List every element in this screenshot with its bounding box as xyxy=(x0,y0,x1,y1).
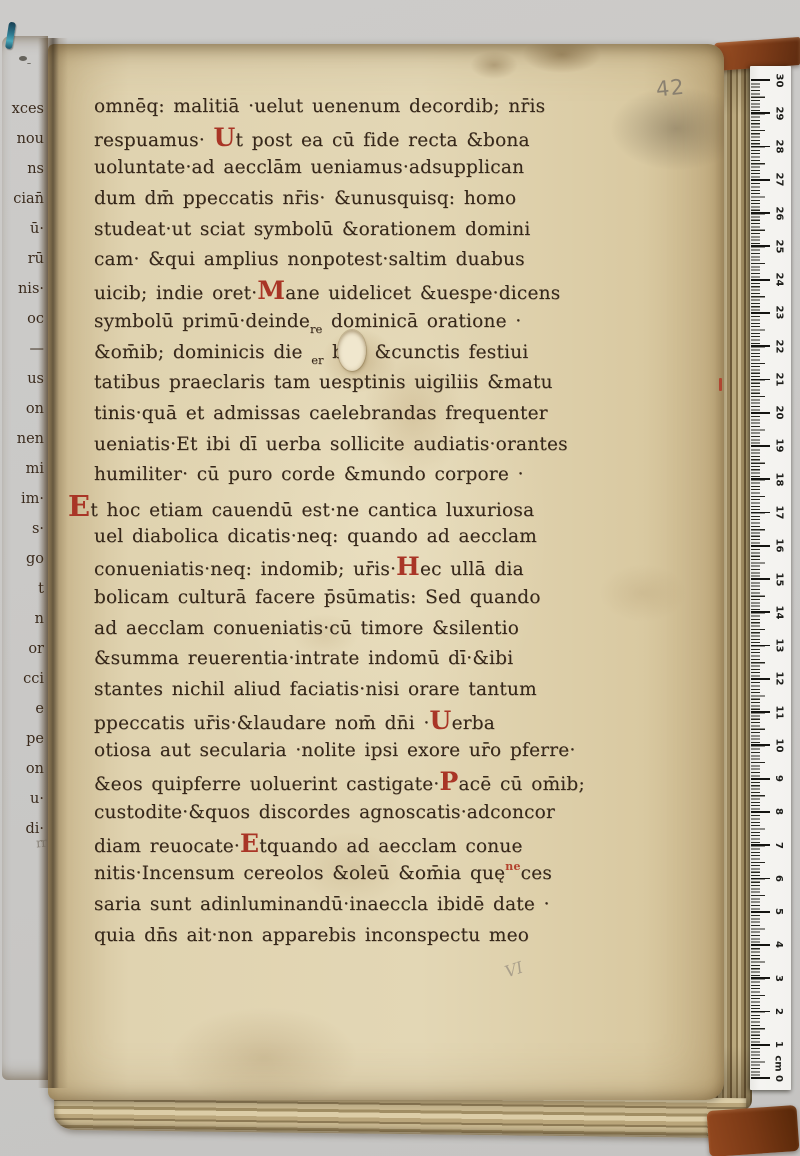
ruler-tick xyxy=(751,212,770,214)
text-segment: ec ullā dia xyxy=(420,559,524,580)
ruler-tick xyxy=(751,379,770,381)
text-segment: &summa reuerentia·intrate indomū dī·&ibi xyxy=(94,648,513,669)
text-segment: dum dm̄ ppeccatis nr̄is· &unusquisq: hom… xyxy=(94,188,516,209)
facing-page-text-fragment: nen xyxy=(2,424,44,454)
text-segment: tinis·quā et admissas caelebrandas frequ… xyxy=(94,403,548,424)
ruler-number-text: 17 xyxy=(773,506,784,520)
ruler-number-text: 16 xyxy=(773,539,784,553)
text-segment: symbolū primū·deinde xyxy=(94,311,310,332)
facing-page-text-fragment: nis· xyxy=(2,274,44,304)
text-line: tinis·quā et admissas caelebrandas frequ… xyxy=(94,399,640,430)
ruler-number-text: 14 xyxy=(773,605,784,619)
facing-page-text-fragment: t xyxy=(2,574,44,604)
ruler-tick xyxy=(751,445,770,447)
ruler-number-text: 9 xyxy=(773,775,784,782)
facing-page-text-column: xcesnounscian̄ū·rūnis·oc—usonnenmiim·s·g… xyxy=(2,94,44,844)
text-segment: diam reuocate· xyxy=(94,836,240,857)
red-initial: U xyxy=(430,706,452,735)
ruler-tick xyxy=(751,1011,770,1013)
ruler-number-text: 30 xyxy=(773,73,784,87)
text-line: diam reuocate·Etquando ad aecclam conue xyxy=(94,829,640,860)
ruler-tick xyxy=(751,645,770,647)
ruler-tick xyxy=(751,179,770,181)
ruler-number: 12 xyxy=(771,672,786,686)
ruler-tick xyxy=(751,412,770,414)
ruler-tick xyxy=(751,711,770,713)
folio-number: 42 xyxy=(655,75,686,102)
text-line: bolicam culturā facere p̄sūmatis: Sed qu… xyxy=(94,583,640,614)
text-segment: omnēq: malitiā ·uelut uenenum decordib; … xyxy=(94,96,545,117)
text-segment: saria sunt adinluminandū·inaeccla ibidē … xyxy=(94,894,550,915)
ruler-unit-label: cm xyxy=(771,1056,786,1070)
text-line: dum dm̄ ppeccatis nr̄is· &unusquisq: hom… xyxy=(94,184,640,215)
interlinear-red-note: ne xyxy=(505,860,520,873)
ruler-tick xyxy=(751,1044,770,1046)
ruler-number: 0 xyxy=(771,1071,786,1085)
text-segment: &eos quipferre uoluerint castigate· xyxy=(94,774,439,795)
text-segment: ppeccatis ur̄is·&laudare nom̄ dn̄i · xyxy=(94,713,430,734)
red-initial: P xyxy=(439,767,458,796)
text-line: quia dn̄s ait·non apparebis inconspectu … xyxy=(94,921,640,952)
ruler-number-text: 21 xyxy=(773,372,784,386)
text-segment: nitis·Incensum cereolos &oleū &om̄ia quę xyxy=(94,863,505,884)
text-line: conueniatis·neq: indomib; ur̄is·Hec ullā… xyxy=(94,552,640,583)
ruler-number-text: 10 xyxy=(773,738,784,752)
ruler-number-text: 25 xyxy=(773,239,784,253)
ruler-number-text: 19 xyxy=(773,439,784,453)
facing-page-text-fragment: us xyxy=(2,364,44,394)
ruler-number-text: 3 xyxy=(773,975,784,982)
text-segment: humiliter· cū puro corde &mundo corpore … xyxy=(94,464,524,485)
facing-page-text-fragment: or xyxy=(2,634,44,664)
ruler-number-text: 29 xyxy=(773,106,784,120)
ruler-number-text: 27 xyxy=(773,173,784,187)
facing-page-text-fragment: pe xyxy=(2,724,44,754)
parchment-hole xyxy=(338,330,366,371)
text-line: ppeccatis ur̄is·&laudare nom̄ dn̄i ·Uerb… xyxy=(94,706,640,737)
ruler-tick xyxy=(751,545,770,547)
ruler-number: 13 xyxy=(771,639,786,653)
facing-page-text-fragment: xces xyxy=(2,94,44,124)
text-line: ueniatis·Et ibi dī uerba sollicite audia… xyxy=(94,430,640,461)
leather-binding-bottom xyxy=(707,1105,800,1156)
ruler-number-text: 26 xyxy=(773,206,784,220)
text-line: &om̄ib; dominicis die er bus &cunctis fe… xyxy=(94,338,640,369)
text-segment: otiosa aut secularia ·nolite ipsi exore … xyxy=(94,740,576,761)
ruler-tick xyxy=(751,878,770,880)
text-segment: ad aecclam conueniatis·cū timore &silent… xyxy=(94,618,519,639)
text-line: otiosa aut secularia ·nolite ipsi exore … xyxy=(94,736,640,767)
ruler-number-text: 15 xyxy=(773,572,784,586)
text-segment: tatibus praeclaris tam uesptinis uigilii… xyxy=(94,372,553,393)
measurement-ruler: 0123456789101112131415161718192021222324… xyxy=(750,66,791,1090)
ruler-number: 4 xyxy=(771,938,786,952)
ruler-number: 8 xyxy=(771,805,786,819)
ruler-tick xyxy=(751,977,770,979)
facing-page-edge: xcesnounscian̄ū·rūnis·oc—usonnenmiim·s·g… xyxy=(2,36,48,1080)
ruler-number: 3 xyxy=(771,971,786,985)
ruler-number: 7 xyxy=(771,838,786,852)
red-initial: E xyxy=(240,829,259,858)
ruler-number: 17 xyxy=(771,505,786,519)
ruler-tick xyxy=(751,611,770,613)
ruler-number-text: 1 xyxy=(773,1041,784,1048)
facing-page-text-fragment: — xyxy=(2,334,44,364)
text-segment: uicib; indie oret· xyxy=(94,283,257,304)
text-line: symbolū primū·deindere dominicā oratione… xyxy=(94,307,640,338)
text-segment: cam· &qui amplius nonpotest·saltim duabu… xyxy=(94,249,525,270)
text-line: tatibus praeclaris tam uesptinis uigilii… xyxy=(94,368,640,399)
ruler-number: 15 xyxy=(771,572,786,586)
ruler-number: 28 xyxy=(771,140,786,154)
photo-background: xcesnounscian̄ū·rūnis·oc—usonnenmiim·s·g… xyxy=(0,0,800,1156)
text-line: custodite·&quos discordes agnoscatis·adc… xyxy=(94,798,640,829)
ruler-tick xyxy=(751,112,770,114)
ruler-number: 1 xyxy=(771,1038,786,1052)
ruler-number: 11 xyxy=(771,705,786,719)
text-segment: conueniatis·neq: indomib; ur̄is· xyxy=(94,559,396,580)
facing-page-text-fragment: go xyxy=(2,544,44,574)
ruler-number: 9 xyxy=(771,772,786,786)
ruler-number-text: 7 xyxy=(773,842,784,849)
text-line: cam· &qui amplius nonpotest·saltim duabu… xyxy=(94,245,640,276)
facing-page-text-fragment: ns xyxy=(2,154,44,184)
ruler-number-text: 28 xyxy=(773,140,784,154)
ruler-number: 16 xyxy=(771,539,786,553)
ruler-number: 2 xyxy=(771,1004,786,1018)
ruler-number-text: 18 xyxy=(773,472,784,486)
ruler-number: 24 xyxy=(771,273,786,287)
ruler-tick xyxy=(751,578,770,580)
ruler-number: 6 xyxy=(771,871,786,885)
ruler-number: 22 xyxy=(771,339,786,353)
ruler-number: 25 xyxy=(771,239,786,253)
text-segment: uoluntate·ad aecclām ueniamus·adsupplica… xyxy=(94,157,524,178)
facing-page-text-fragment: on xyxy=(2,394,44,424)
ruler-number-text: 20 xyxy=(773,406,784,420)
ruler-number-text: 13 xyxy=(773,639,784,653)
ruler-number-text: 12 xyxy=(773,672,784,686)
text-line: nitis·Incensum cereolos &oleū &om̄ia quę… xyxy=(94,859,640,890)
ruler-tick xyxy=(751,245,770,247)
ruler-number: 14 xyxy=(771,605,786,619)
ruler-number: 23 xyxy=(771,306,786,320)
text-segment: custodite·&quos discordes agnoscatis·adc… xyxy=(94,802,555,823)
ruler-number-text: 5 xyxy=(773,908,784,915)
text-segment: quia dn̄s ait·non apparebis inconspectu … xyxy=(94,925,529,946)
thread-speck xyxy=(19,56,27,61)
text-segment: t hoc etiam cauendū est·ne cantica luxur… xyxy=(90,500,534,521)
ruler-number: 21 xyxy=(771,372,786,386)
text-segment: erba xyxy=(452,713,495,734)
red-initial: U xyxy=(214,123,236,152)
text-line: Et hoc etiam cauendū est·ne cantica luxu… xyxy=(94,491,640,522)
text-line: stantes nichil aliud faciatis·nisi orare… xyxy=(94,675,640,706)
ruler-tick xyxy=(751,778,770,780)
ruler-tick xyxy=(751,345,770,347)
ruler-number-text: 8 xyxy=(773,808,784,815)
facing-page-text-fragment: rū xyxy=(2,244,44,274)
red-initial: M xyxy=(257,276,285,305)
text-line: respuamus· Ut post ea cū fide recta &bon… xyxy=(94,123,640,154)
red-edge-mark xyxy=(719,378,722,391)
ruler-unit-text: cm xyxy=(773,1055,784,1071)
text-line: omnēq: malitiā ·uelut uenenum decordib; … xyxy=(94,92,640,123)
ruler-number-text: 4 xyxy=(773,941,784,948)
ruler-number: 26 xyxy=(771,206,786,220)
ruler-tick xyxy=(751,478,770,480)
text-line: ad aecclam conueniatis·cū timore &silent… xyxy=(94,614,640,645)
text-line: uel diabolica dicatis·neq: quando ad aec… xyxy=(94,522,640,553)
ruler-number: 18 xyxy=(771,472,786,486)
margin-smudge: rr xyxy=(35,836,47,852)
ruler-number-text: 0 xyxy=(773,1075,784,1082)
facing-page-text-fragment: e xyxy=(2,694,44,724)
ruler-number-text: 2 xyxy=(773,1008,784,1015)
facing-page-text-fragment: n xyxy=(2,604,44,634)
facing-page-text-fragment: mi xyxy=(2,454,44,484)
red-initial: E xyxy=(68,489,90,523)
ruler-tick xyxy=(751,279,770,281)
ruler-number: 10 xyxy=(771,738,786,752)
text-line: uicib; indie oret·Mane uidelicet &uespe·… xyxy=(94,276,640,307)
text-line: studeat·ut sciat symbolū &orationem domi… xyxy=(94,215,640,246)
text-line: humiliter· cū puro corde &mundo corpore … xyxy=(94,460,640,491)
facing-page-text-fragment: nou xyxy=(2,124,44,154)
text-segment: uel diabolica dicatis·neq: quando ad aec… xyxy=(94,526,537,547)
facing-page-text-fragment: cci xyxy=(2,664,44,694)
ruler-tick xyxy=(751,744,770,746)
facing-page-text-fragment: im· xyxy=(2,484,44,514)
text-segment: t post ea cū fide recta &bona xyxy=(236,130,530,151)
text-segment: respuamus· xyxy=(94,130,214,151)
text-segment: studeat·ut sciat symbolū &orationem domi… xyxy=(94,219,530,240)
text-segment: dominicā oratione · xyxy=(322,311,521,332)
ruler-number-text: 23 xyxy=(773,306,784,320)
ruler-number: 29 xyxy=(771,106,786,120)
main-text-block: omnēq: malitiā ·uelut uenenum decordib; … xyxy=(94,92,640,951)
ruler-tick xyxy=(751,79,770,81)
ruler-number: 27 xyxy=(771,173,786,187)
ruler-tick xyxy=(751,512,770,514)
text-segment: re xyxy=(310,322,322,336)
ruler-number: 30 xyxy=(771,73,786,87)
ruler-tick xyxy=(751,312,770,314)
facing-page-text-fragment: u· xyxy=(2,784,44,814)
ruler-number-text: 24 xyxy=(773,273,784,287)
text-line: saria sunt adinluminandū·inaeccla ibidē … xyxy=(94,890,640,921)
ruler-tick xyxy=(751,146,770,148)
text-segment: acē cū om̄ib; xyxy=(458,774,584,795)
text-segment: stantes nichil aliud faciatis·nisi orare… xyxy=(94,679,537,700)
facing-page-text-fragment: cian̄ xyxy=(2,184,44,214)
facing-page-text-fragment: s· xyxy=(2,514,44,544)
ruler-tick xyxy=(751,844,770,846)
text-segment: ces xyxy=(521,863,552,884)
text-line: uoluntate·ad aecclām ueniamus·adsupplica… xyxy=(94,153,640,184)
ruler-number-text: 6 xyxy=(773,875,784,882)
ruler-number-text: 22 xyxy=(773,339,784,353)
facing-page-text-fragment: on xyxy=(2,754,44,784)
red-initial: H xyxy=(396,552,420,581)
text-segment: ueniatis·Et ibi dī uerba sollicite audia… xyxy=(94,434,568,455)
text-segment: tquando ad aecclam conue xyxy=(259,836,522,857)
text-line: &eos quipferre uoluerint castigate·Pacē … xyxy=(94,767,640,798)
ruler-tick xyxy=(751,811,770,813)
ruler-number: 5 xyxy=(771,905,786,919)
ruler-number-text: 11 xyxy=(773,705,784,719)
ruler-tick xyxy=(751,1077,770,1079)
text-segment: bolicam culturā facere p̄sūmatis: Sed qu… xyxy=(94,587,541,608)
ruler-tick xyxy=(751,944,770,946)
text-segment: ane uidelicet &uespe·dicens xyxy=(285,283,560,304)
ruler-tick xyxy=(751,911,770,913)
text-segment: &om̄ib; dominicis die xyxy=(94,342,311,363)
ruler-tick xyxy=(751,678,770,680)
facing-page-text-fragment: ū· xyxy=(2,214,44,244)
facing-page-text-fragment: oc xyxy=(2,304,44,334)
text-line: &summa reuerentia·intrate indomū dī·&ibi xyxy=(94,644,640,675)
ruler-number: 20 xyxy=(771,406,786,420)
text-segment: er xyxy=(311,353,323,367)
ruler-number: 19 xyxy=(771,439,786,453)
